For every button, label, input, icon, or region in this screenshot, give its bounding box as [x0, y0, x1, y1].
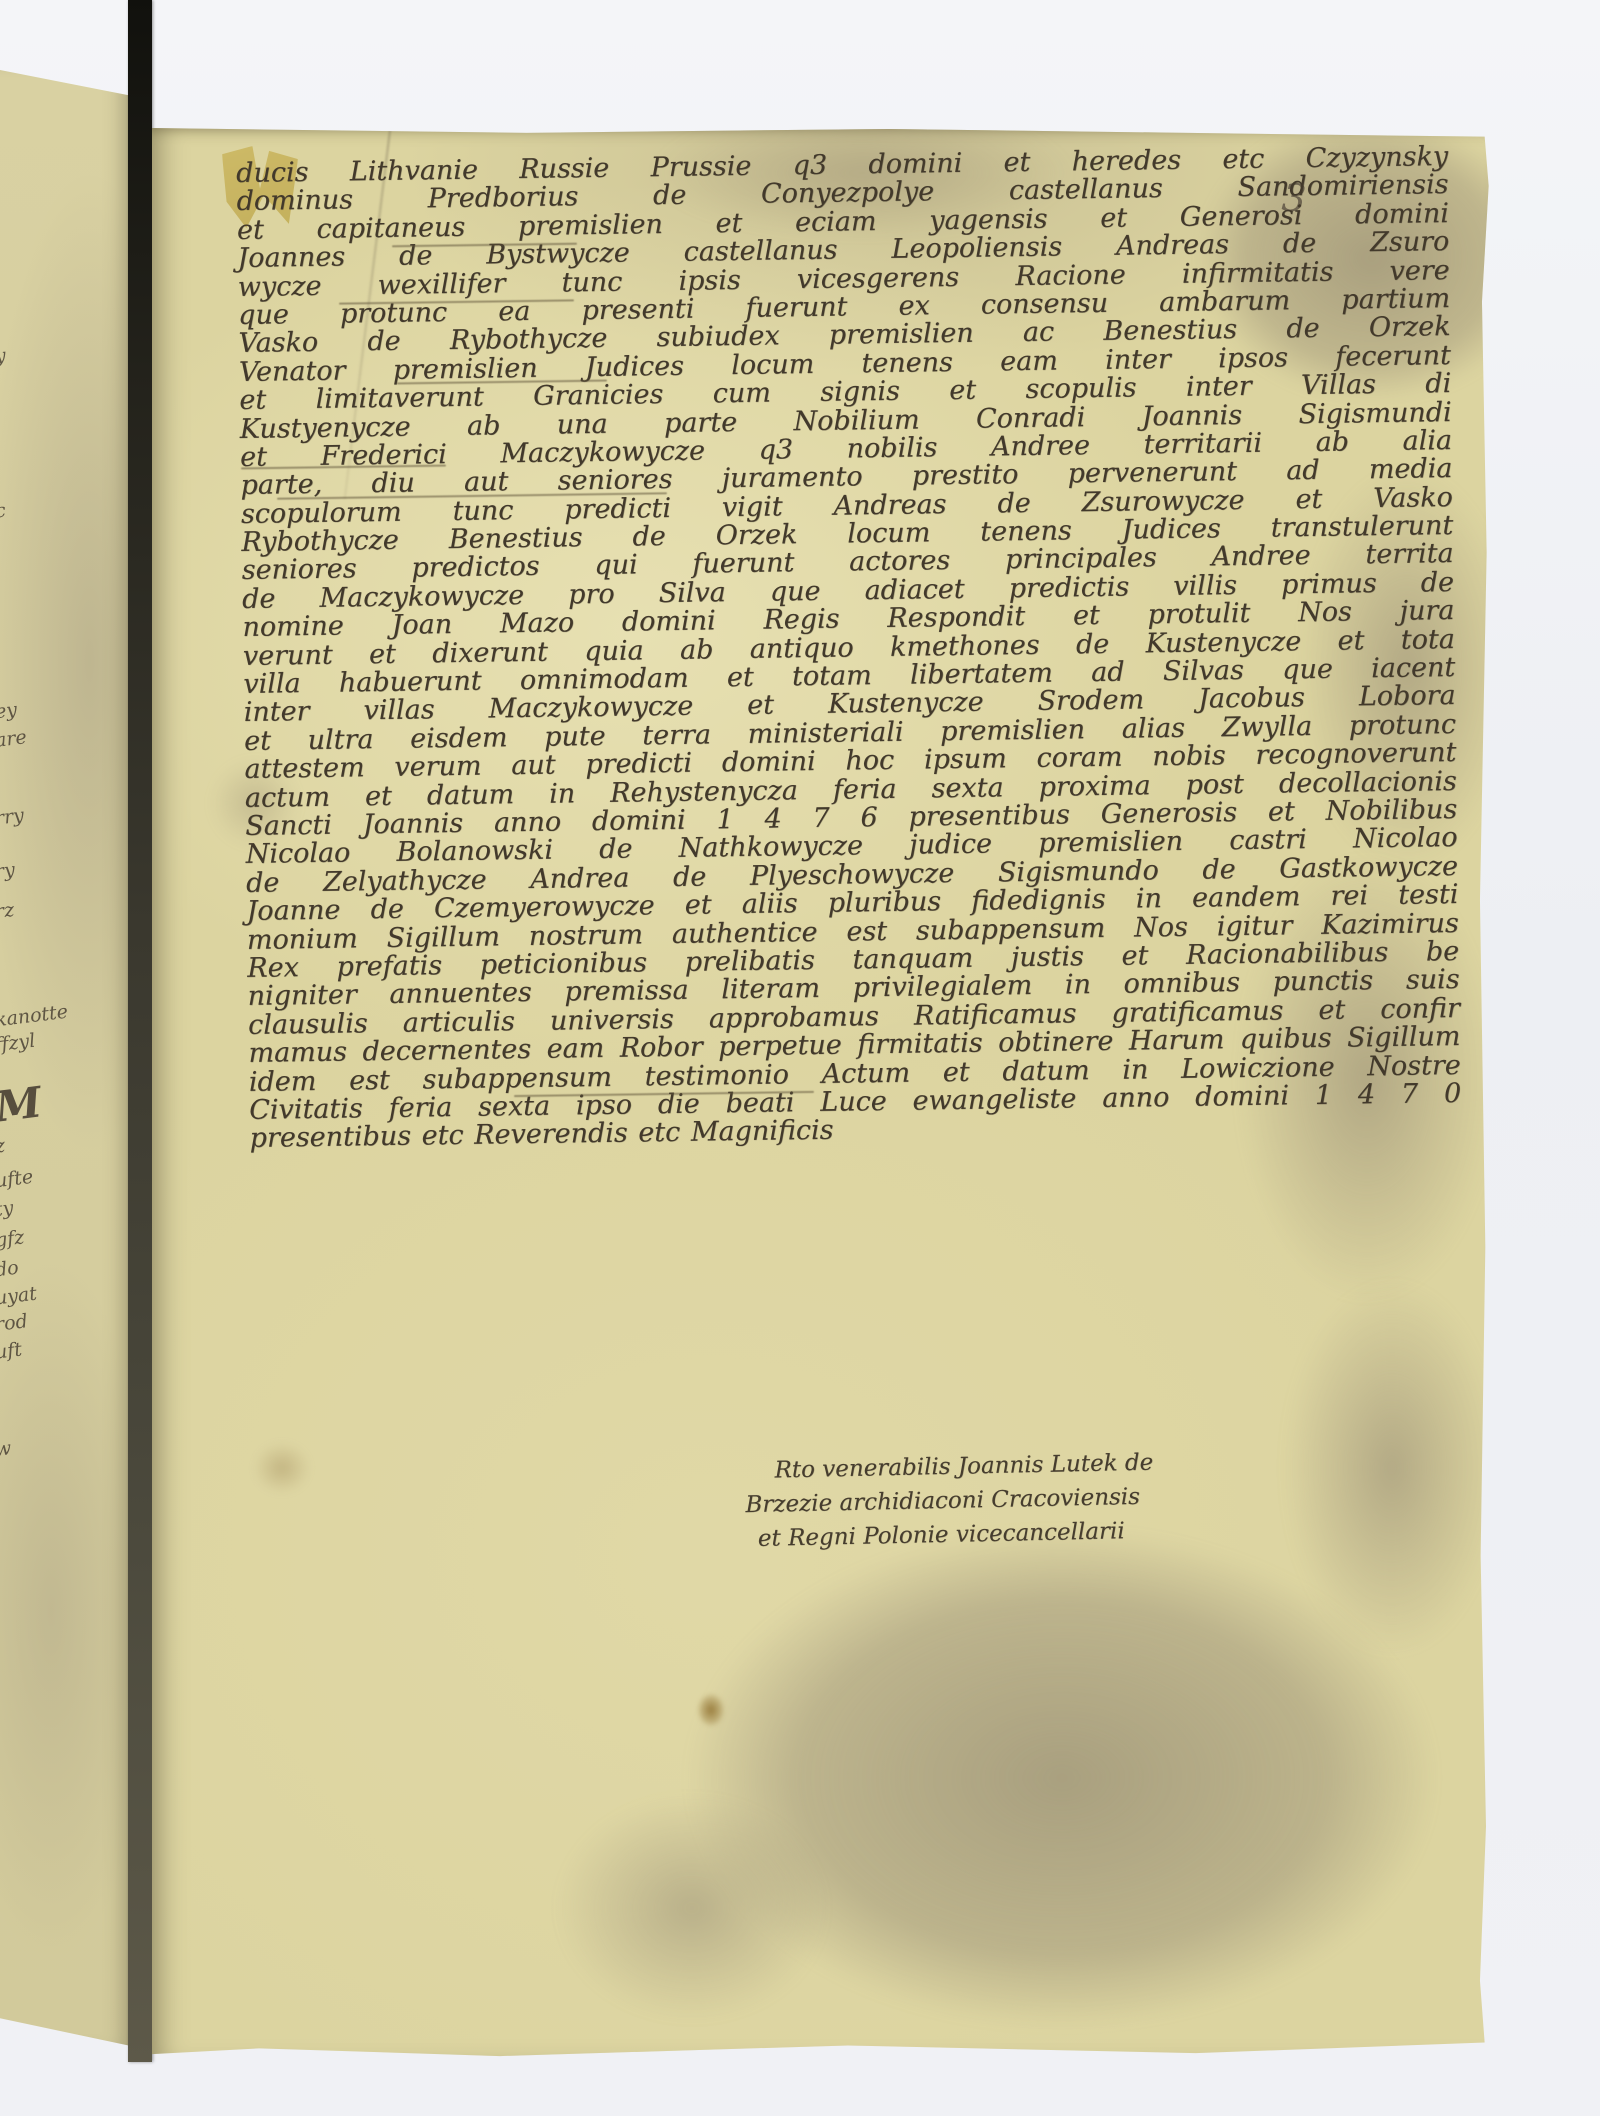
binding-strip [128, 0, 152, 2062]
water-stain [582, 1458, 1542, 2098]
water-stain [512, 1758, 872, 2058]
marginal-fragment: gfz [0, 1226, 25, 1251]
marginal-fragment: rod [0, 1310, 29, 1336]
signature-block: Rto venerabilis Joannis Lutek de Brzezie… [729, 1446, 1155, 1557]
marginal-fragment: kanotte [0, 1001, 69, 1032]
adjacent-page-edge: y c ey are rry ry rz kanotte ffzyl M z u… [0, 68, 131, 2046]
marginal-fragment: are [0, 726, 28, 752]
marginal-fragment: y [0, 344, 7, 367]
ink-spot [697, 1693, 725, 1727]
marginal-fragment: ufte [0, 1166, 34, 1192]
marginal-fragment: uft [0, 1338, 23, 1363]
manuscript-text-block: ducis Lithvanie Russie Prussie q3 domini… [236, 143, 1462, 1153]
marginal-fragment: rry [0, 804, 25, 829]
marginal-fragment: ry [0, 859, 16, 883]
foxing-spot [247, 1436, 317, 1500]
marginal-fragment: ey [0, 699, 18, 724]
manuscript-page: 3 ducis Lithvanie Russie Prussie q3 domi… [152, 128, 1490, 2058]
marginal-fragment: ty [0, 1197, 15, 1221]
manuscript-scan: { "page": { "number": "3", "lines": [ "d… [0, 0, 1600, 2116]
marginal-fragment: c [0, 499, 7, 522]
water-stain [1242, 1208, 1542, 1728]
marginal-fragment: do [0, 1257, 20, 1282]
marginal-fragment: uyat [0, 1283, 38, 1310]
marginal-fragment: z [0, 1134, 6, 1157]
marginal-fragment: ffzyl [0, 1030, 36, 1057]
marginal-fragment: M [0, 1077, 44, 1131]
marginal-fragment: w [0, 1437, 13, 1461]
marginal-fragment: rz [0, 899, 15, 923]
